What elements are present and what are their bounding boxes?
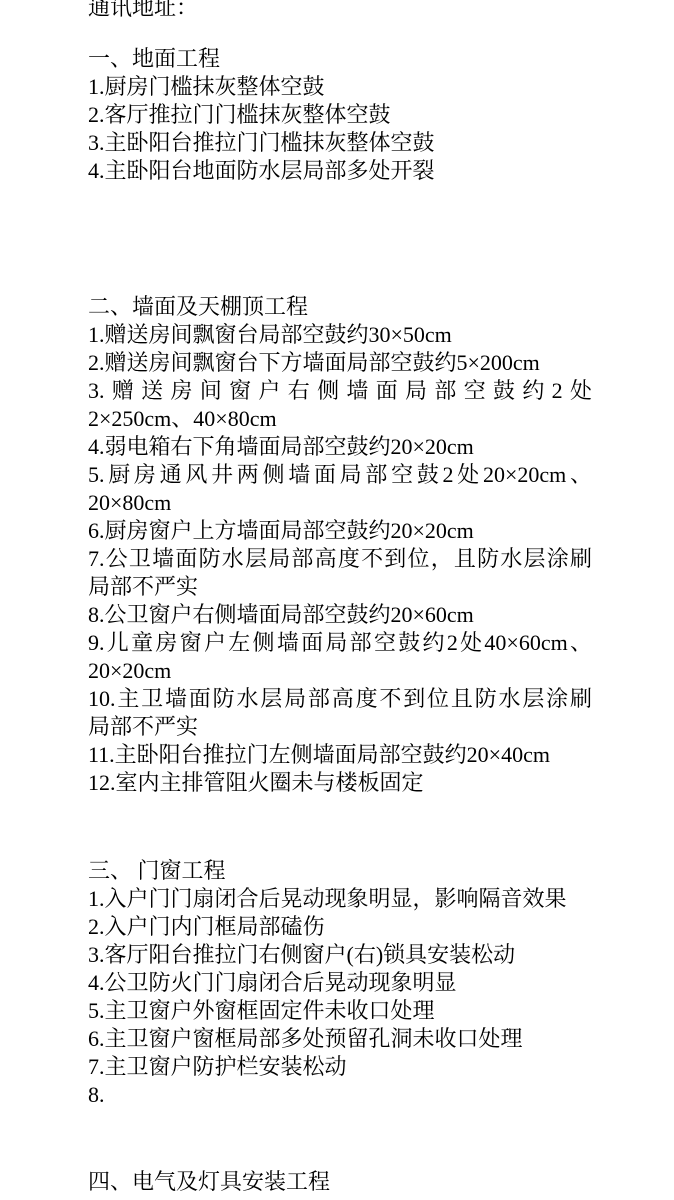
text-line: 7.公卫墙面防水层局部高度不到位，且防水层涂刷	[88, 545, 592, 573]
document-page: 通讯地址： 一、地面工程1.厨房门槛抹灰整体空鼓2.客厅推拉门门槛抹灰整体空鼓3…	[88, 0, 592, 1196]
section: 二、墙面及天棚顶工程1.赠送房间飘窗台局部空鼓约30×50cm2.赠送房间飘窗台…	[88, 293, 592, 797]
text-line: 8.	[88, 1081, 592, 1109]
text-line: 6.主卫窗户窗框局部多处预留孔洞未收口处理	[88, 1025, 592, 1053]
text-line: 1.赠送房间飘窗台局部空鼓约30×50cm	[88, 321, 592, 349]
text-line: 20×80cm	[88, 489, 592, 517]
text-line: 12.室内主排管阻火圈未与楼板固定	[88, 769, 592, 797]
text-line: 3.客厅阳台推拉门右侧窗户(右)锁具安装松动	[88, 941, 592, 969]
text-line: 2.入户门内门框局部磕伤	[88, 913, 592, 941]
text-line: 4.公卫防火门门扇闭合后晃动现象明显	[88, 969, 592, 997]
text-line: 9.儿童房窗户左侧墙面局部空鼓约2处40×60cm、	[88, 629, 592, 657]
text-line: 5.厨房通风井两侧墙面局部空鼓2处20×20cm、	[88, 461, 592, 489]
text-line: 20×20cm	[88, 657, 592, 685]
text-line: 10.主卫墙面防水层局部高度不到位且防水层涂刷	[88, 685, 592, 713]
text-line: 7.主卫窗户防护栏安装松动	[88, 1053, 592, 1081]
section-heading: 一、地面工程	[88, 45, 592, 73]
text-line: 8.公卫窗户右侧墙面局部空鼓约20×60cm	[88, 601, 592, 629]
text-line: 2.赠送房间飘窗台下方墙面局部空鼓约5×200cm	[88, 349, 592, 377]
section-heading: 四、电气及灯具安装工程	[88, 1168, 592, 1196]
text-line: 2.客厅推拉门门槛抹灰整体空鼓	[88, 101, 592, 129]
text-line: 11.主卧阳台推拉门左侧墙面局部空鼓约20×40cm	[88, 741, 592, 769]
text-line: 1.入户门门扇闭合后晃动现象明显，影响隔音效果	[88, 885, 592, 913]
section: 一、地面工程1.厨房门槛抹灰整体空鼓2.客厅推拉门门槛抹灰整体空鼓3.主卧阳台推…	[88, 45, 592, 185]
text-line: 局部不严实	[88, 713, 592, 741]
section-heading: 二、墙面及天棚顶工程	[88, 293, 592, 321]
text-line: 4.主卧阳台地面防水层局部多处开裂	[88, 157, 592, 185]
text-line: 3.赠送房间窗户右侧墙面局部空鼓约2处	[88, 377, 592, 405]
section: 四、电气及灯具安装工程	[88, 1168, 592, 1196]
text-line: 局部不严实	[88, 573, 592, 601]
section: 三、 门窗工程1.入户门门扇闭合后晃动现象明显，影响隔音效果2.入户门内门框局部…	[88, 857, 592, 1109]
address-line: 通讯地址：	[88, 0, 592, 22]
sections: 一、地面工程1.厨房门槛抹灰整体空鼓2.客厅推拉门门槛抹灰整体空鼓3.主卧阳台推…	[88, 45, 592, 1196]
text-line: 6.厨房窗户上方墙面局部空鼓约20×20cm	[88, 517, 592, 545]
text-line: 5.主卫窗户外窗框固定件未收口处理	[88, 997, 592, 1025]
text-line: 2×250cm、40×80cm	[88, 405, 592, 433]
text-line: 1.厨房门槛抹灰整体空鼓	[88, 73, 592, 101]
section-heading: 三、 门窗工程	[88, 857, 592, 885]
text-line: 4.弱电箱右下角墙面局部空鼓约20×20cm	[88, 433, 592, 461]
text-line: 3.主卧阳台推拉门门槛抹灰整体空鼓	[88, 129, 592, 157]
